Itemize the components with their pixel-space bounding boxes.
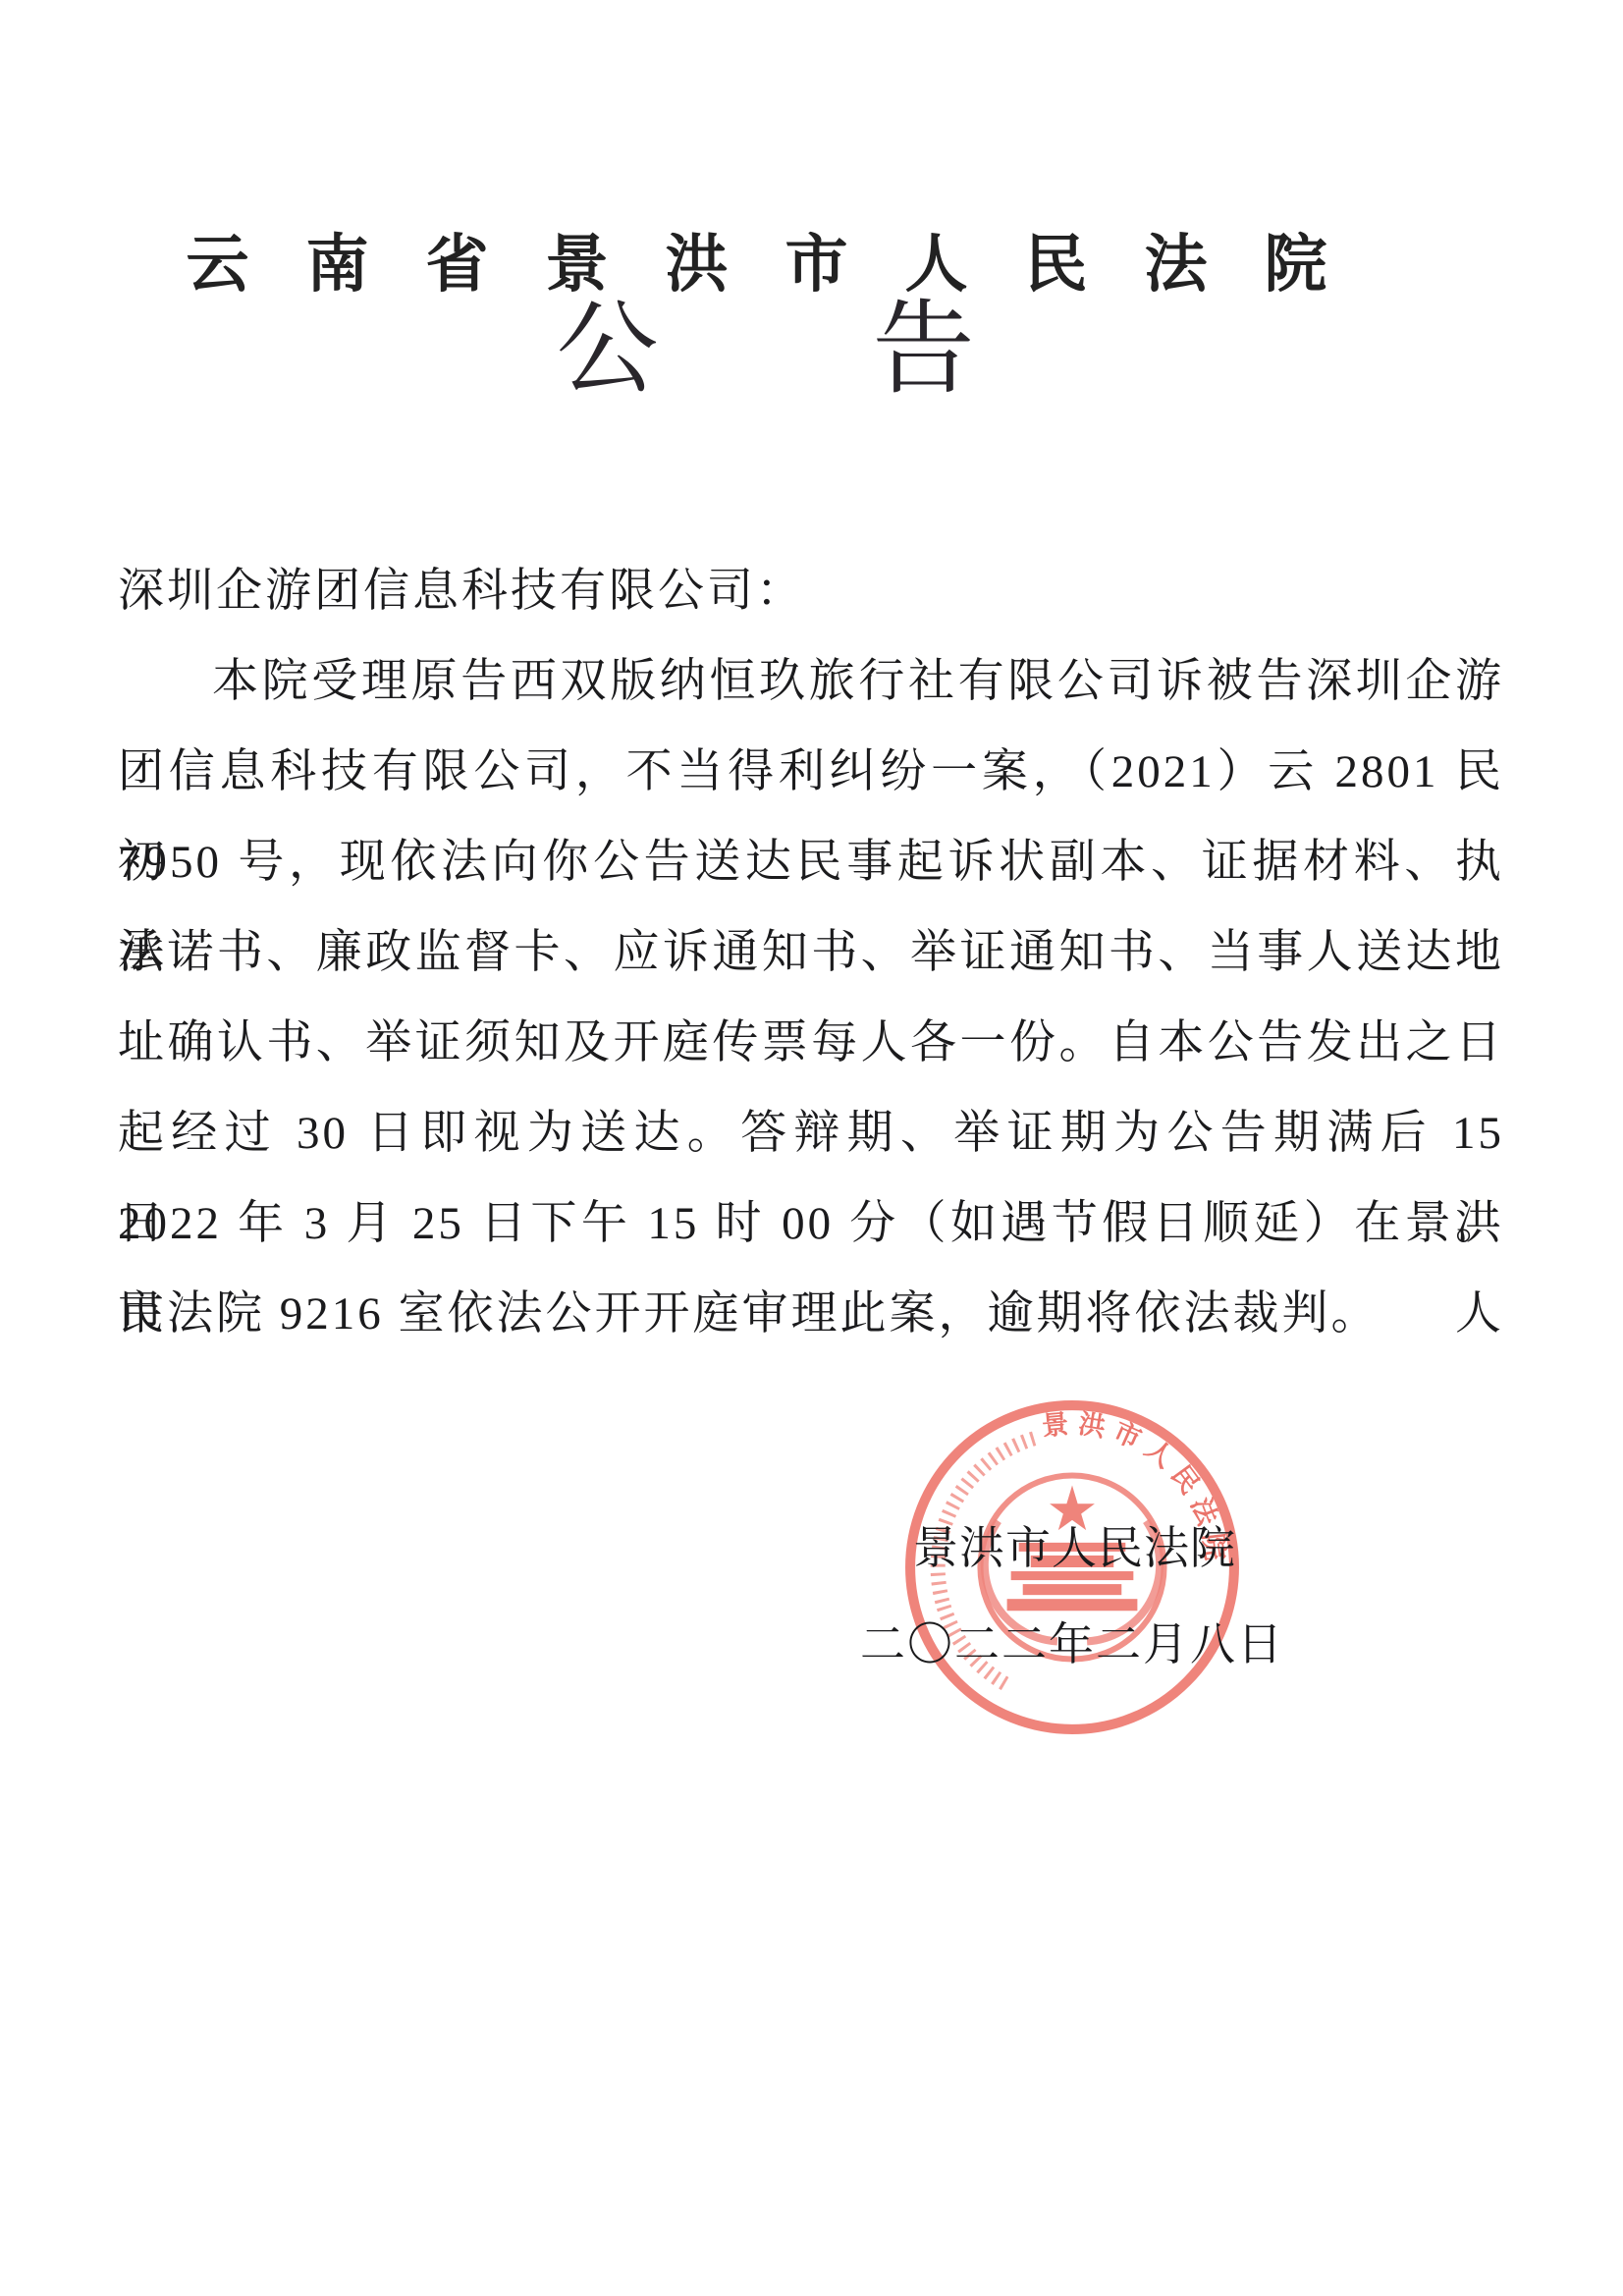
signature-court-name: 景洪市人民法院 [913, 1512, 1236, 1577]
doc-title-char-gao: 告 [873, 295, 975, 407]
body-line: 2022 年 3 月 25 日下午 15 时 00 分（如遇节假日顺延）在景洪市… [118, 1178, 1504, 1269]
body-line: 承诺书、廉政监督卡、应诉通知书、举证通知书、当事人送达地 [118, 907, 1504, 998]
salutation: 深圳企游团信息科技有限公司： [118, 546, 1504, 636]
announcement-body: 深圳企游团信息科技有限公司： 本院受理原告西双版纳恒玖旅行社有限公司诉被告深圳企… [118, 546, 1504, 1359]
body-line: 7950 号，现依法向你公告送达民事起诉状副本、证据材料、执法 [118, 817, 1504, 907]
body-line: 址确认书、举证须知及开庭传票每人各一份。自本公告发出之日 [118, 998, 1504, 1088]
doc-title-char-gong: 公 [556, 295, 658, 407]
body-line: 民法院 9216 室依法公开开庭审理此案，逾期将依法裁判。 [118, 1269, 1504, 1359]
body-line: 起经过 30 日即视为送达。答辩期、举证期为公告期满后 15 日。 [118, 1088, 1504, 1178]
announcement-page: 云南省景洪市人民法院 公 告 深圳企游团信息科技有限公司： 本院受理原告西双版纳… [0, 0, 1623, 2296]
document-title: 公 告 [556, 295, 974, 407]
body-line: 团信息科技有限公司，不当得利纠纷一案，（2021）云 2801 民初 [118, 727, 1504, 817]
court-title: 云南省景洪市人民法院 [130, 214, 1384, 304]
body-line: 本院受理原告西双版纳恒玖旅行社有限公司诉被告深圳企游 [118, 636, 1504, 727]
signature-date: 二〇二二年二月八日 [860, 1609, 1284, 1673]
